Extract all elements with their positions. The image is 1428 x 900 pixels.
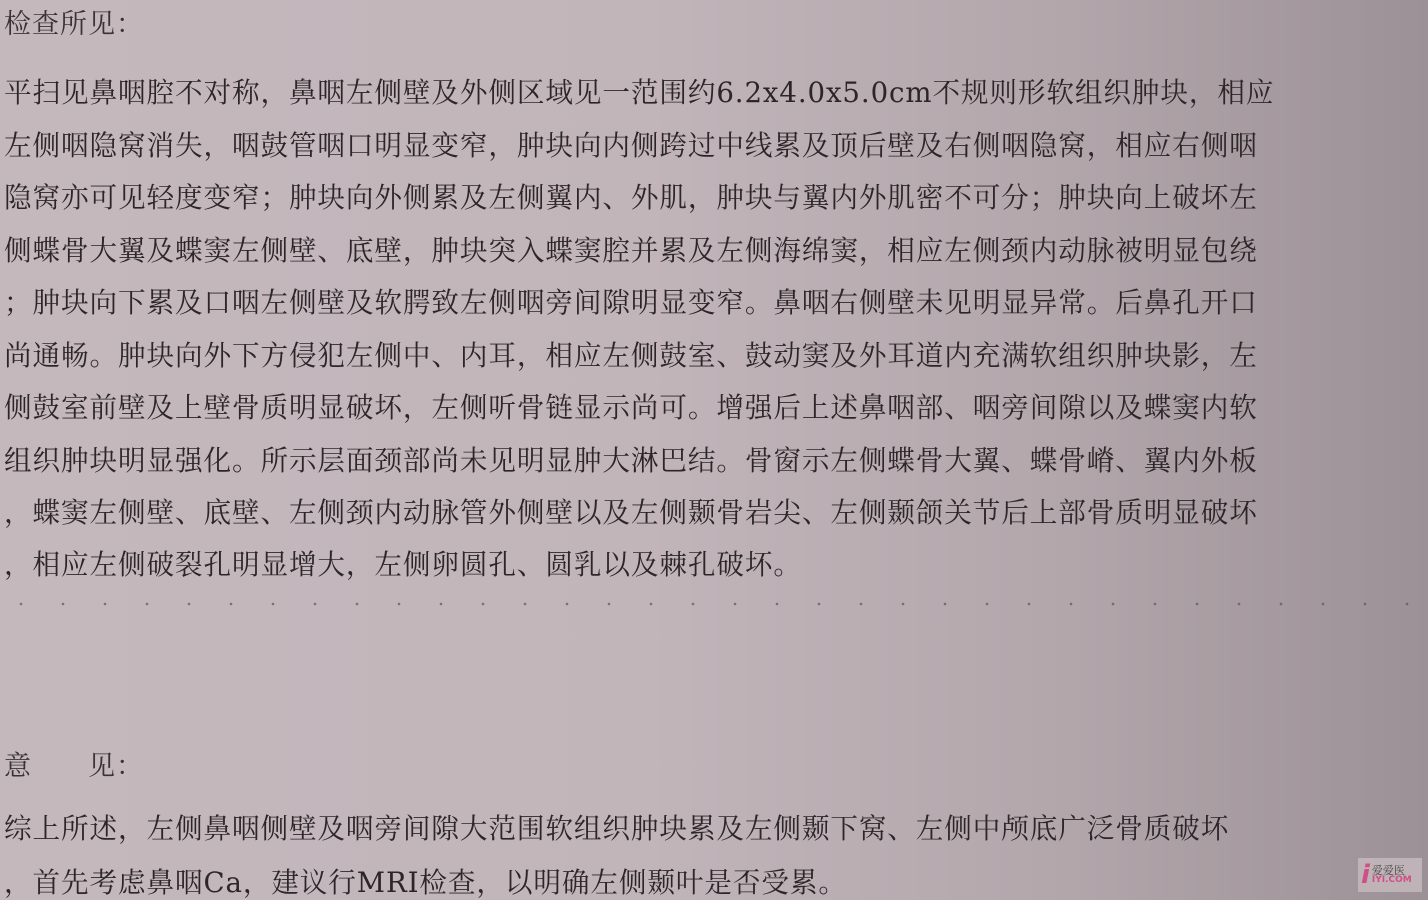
findings-line: 侧鼓室前壁及上壁骨质明显破坏，左侧听骨链显示尚可。增强后上述鼻咽部、咽旁间隙以及… — [4, 385, 1258, 425]
report-document: 检查所见： 平扫见鼻咽腔不对称，鼻咽左侧壁及外侧区域见一范围约6.2x4.0x5… — [0, 0, 1428, 900]
watermark-logo: i 爱爱医 IYI.COM — [1358, 858, 1422, 892]
findings-heading: 检查所见： — [4, 2, 144, 41]
logo-icon: i — [1361, 862, 1370, 888]
findings-line: ；肿块向下累及口咽左侧壁及软腭致左侧咽旁间隙明显变窄。鼻咽右侧壁未见明显异常。后… — [4, 280, 1258, 320]
opinion-heading: 意 见： — [4, 744, 144, 783]
findings-line: ，相应左侧破裂孔明显增大，左侧卵圆孔、圆乳以及棘孔破坏。 — [4, 542, 802, 582]
watermark-text-en: IYI.COM — [1372, 876, 1412, 885]
opinion-line: 综上所述，左侧鼻咽侧壁及咽旁间隙大范围软组织肿块累及左侧颞下窝、左侧中颅底广泛骨… — [4, 806, 1229, 846]
findings-line: 左侧咽隐窝消失，咽鼓管咽口明显变窄，肿块向内侧跨过中线累及顶后壁及右侧咽隐窝，相… — [4, 123, 1258, 163]
findings-line: 平扫见鼻咽腔不对称，鼻咽左侧壁及外侧区域见一范围约6.2x4.0x5.0cm不规… — [4, 70, 1274, 110]
findings-line: 侧蝶骨大翼及蝶窦左侧壁、底壁，肿块突入蝶窦腔并累及左侧海绵窦，相应左侧颈内动脉被… — [4, 228, 1258, 268]
dotted-separator — [0, 598, 1428, 610]
opinion-line: ，首先考虑鼻咽Ca，建议行MRI检查，以明确左侧颞叶是否受累。 — [4, 860, 847, 900]
findings-line: 尚通畅。肿块向外下方侵犯左侧中、内耳，相应左侧鼓室、鼓动窦及外耳道内充满软组织肿… — [4, 333, 1258, 373]
findings-line: 隐窝亦可见轻度变窄；肿块向外侧累及左侧翼内、外肌，肿块与翼内外肌密不可分；肿块向… — [4, 175, 1258, 215]
findings-line: ，蝶窦左侧壁、底壁、左侧颈内动脉管外侧壁以及左侧颞骨岩尖、左侧颞颌关节后上部骨质… — [4, 490, 1258, 530]
findings-line: 组织肿块明显强化。所示层面颈部尚未见明显肿大淋巴结。骨窗示左侧蝶骨大翼、蝶骨嵴、… — [4, 438, 1258, 478]
